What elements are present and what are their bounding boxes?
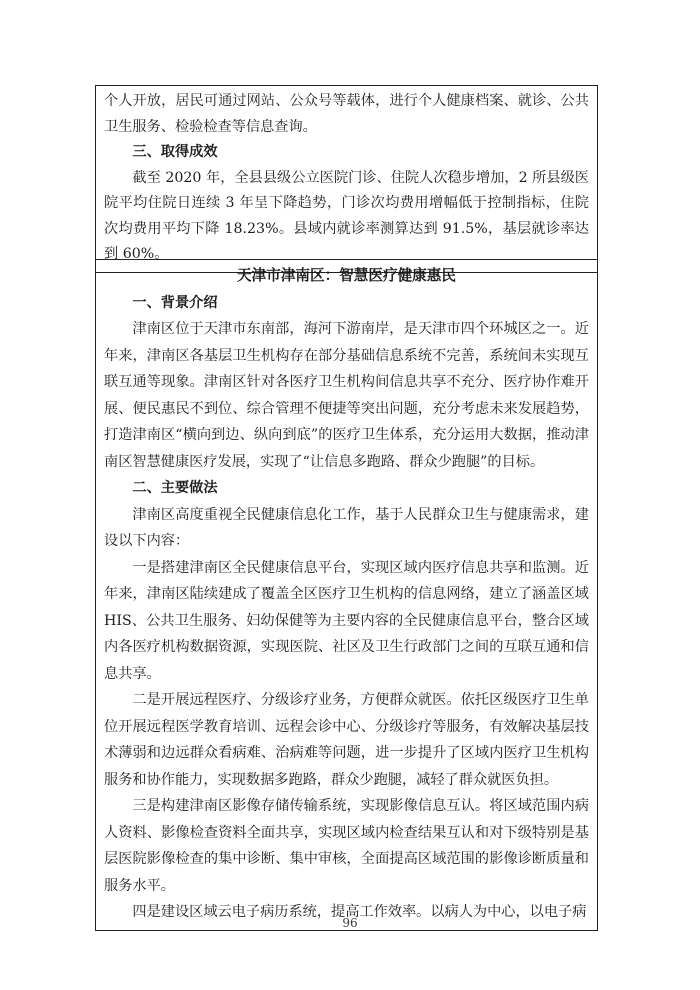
paragraph-point2: 二是开展远程医疗、分级诊疗业务，方便群众就医。依托区级医疗卫生单位开展远程医学教… <box>104 687 589 793</box>
heading-results: 三、取得成效 <box>104 140 589 166</box>
document-page: 个人开放，居民可通过网站、公众号等载体，进行个人健康档案、就诊、公共卫生服务、检… <box>0 0 700 990</box>
page-number: 96 <box>342 916 357 930</box>
case-box-tianjin-jinnan: 天津市津南区：智慧医疗健康惠民 一、背景介绍 津南区位于天津市东南部，海河下游南… <box>95 259 598 931</box>
paragraph-point1: 一是搭建津南区全民健康信息平台，实现区域内医疗信息共享和监测。近年来，津南区陆续… <box>104 555 589 688</box>
heading-background: 一、背景介绍 <box>104 290 589 317</box>
heading-practices: 二、主要做法 <box>104 475 589 502</box>
paragraph-background: 津南区位于天津市东南部，海河下游南岸，是天津市四个环城区之一。近年来，津南区各基… <box>104 316 589 475</box>
case-box-previous-end: 个人开放，居民可通过网站、公众号等载体，进行个人健康档案、就诊、公共卫生服务、检… <box>95 85 598 273</box>
case-title: 天津市津南区：智慧医疗健康惠民 <box>104 263 589 290</box>
paragraph-point3: 三是构建津南区影像存储传输系统，实现影像信息互认。将区域范围内病人资料、影像检查… <box>104 793 589 899</box>
page-footer: 96 <box>0 916 700 930</box>
paragraph-results: 截至 2020 年，全县县级公立医院门诊、住院人次稳步增加，2 所县级医院平均住… <box>104 166 589 268</box>
paragraph-continuation: 个人开放，居民可通过网站、公众号等载体，进行个人健康档案、就诊、公共卫生服务、检… <box>104 89 589 140</box>
paragraph-practices-intro: 津南区高度重视全民健康信息化工作，基于人民群众卫生与健康需求，建设以下内容： <box>104 502 589 555</box>
